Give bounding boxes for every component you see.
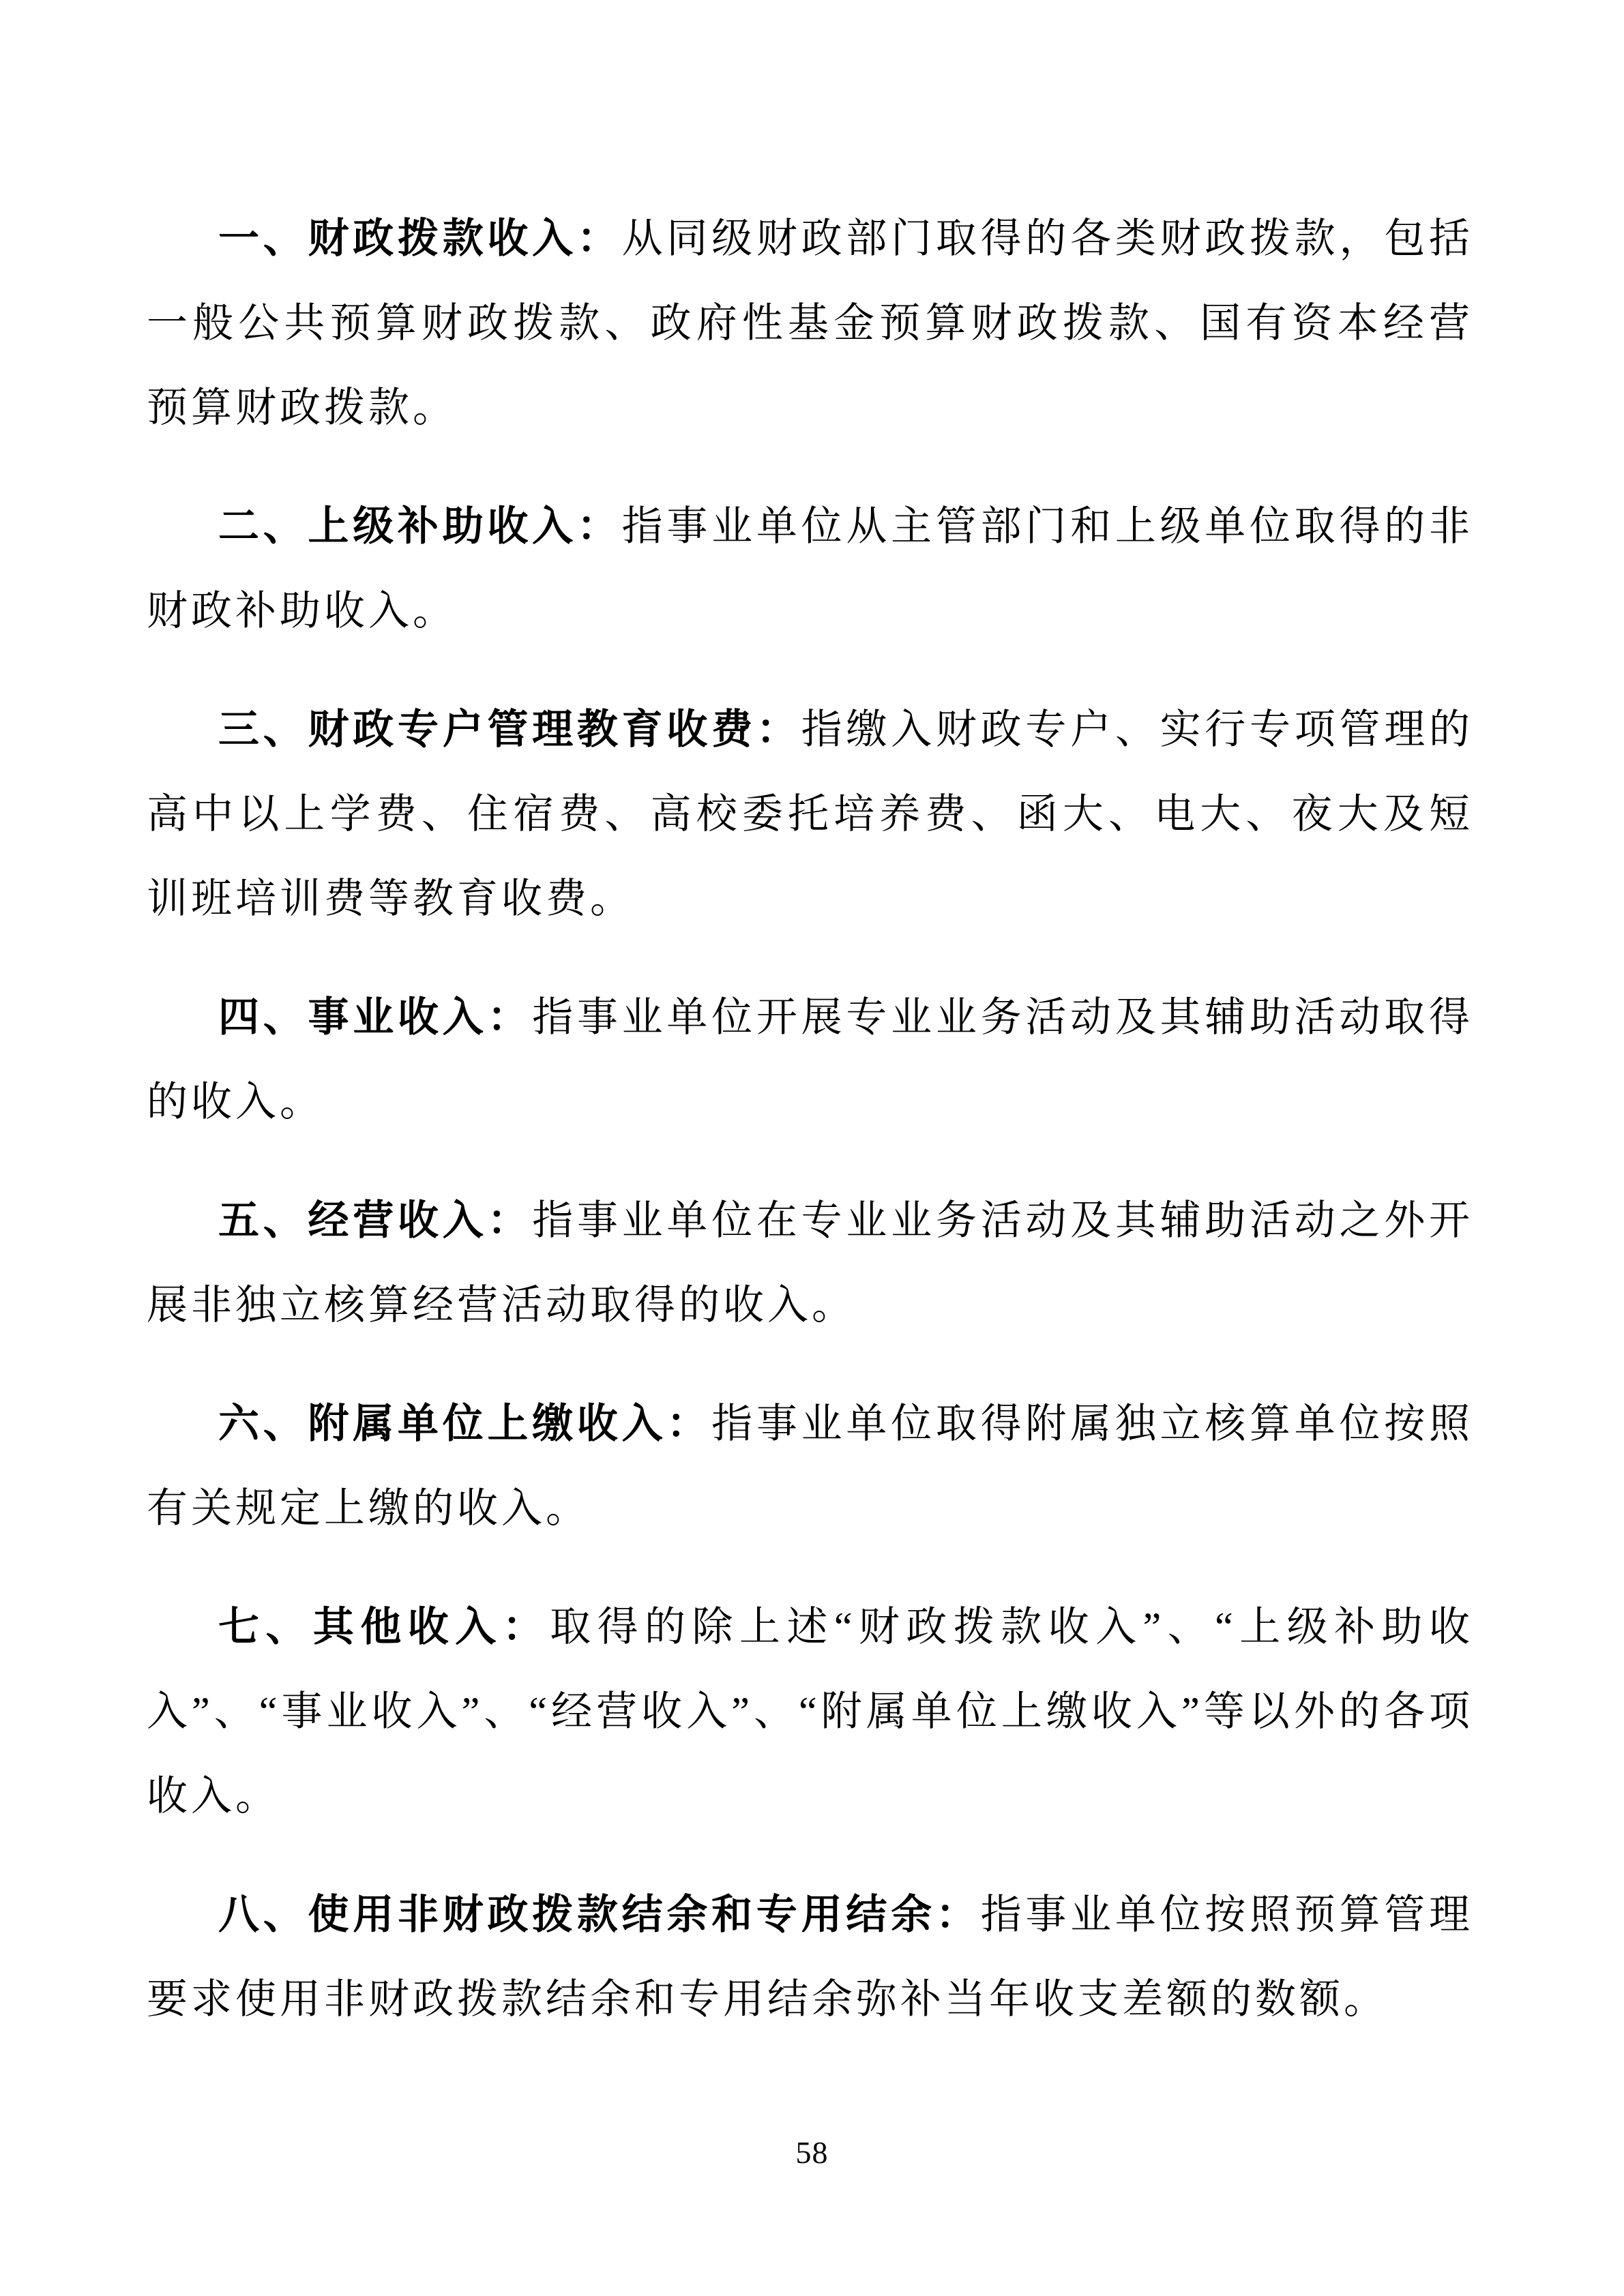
- document-body: 一、财政拨款收入：从同级财政部门取得的各类财政拨款，包括一般公共预算财政拨款、政…: [147, 196, 1473, 2042]
- term-heading: 六、附属单位上缴收入：: [218, 1401, 711, 1446]
- paragraph-affiliated-unit-remittance-income: 六、附属单位上缴收入：指事业单位取得附属独立核算单位按照有关规定上缴的收入。: [147, 1382, 1473, 1551]
- page-number: 58: [0, 2136, 1624, 2170]
- paragraph-use-of-non-fiscal-surplus: 八、使用非财政拨款结余和专用结余：指事业单位按照预算管理要求使用非财政拨款结余和…: [147, 1873, 1473, 2042]
- paragraph-fiscal-appropriation-income: 一、财政拨款收入：从同级财政部门取得的各类财政拨款，包括一般公共预算财政拨款、政…: [147, 196, 1473, 450]
- document-page: 一、财政拨款收入：从同级财政部门取得的各类财政拨款，包括一般公共预算财政拨款、政…: [0, 0, 1624, 2296]
- term-heading: 三、财政专户管理教育收费：: [218, 707, 801, 752]
- paragraph-superior-subsidy-income: 二、上级补助收入：指事业单位从主管部门和上级单位取得的非财政补助收入。: [147, 484, 1473, 653]
- term-heading: 二、上级补助收入：: [218, 504, 622, 549]
- term-heading: 一、财政拨款收入：: [218, 216, 622, 261]
- term-heading: 五、经营收入：: [218, 1198, 532, 1243]
- term-heading: 八、使用非财政拨款结余和专用结余：: [218, 1892, 981, 1937]
- paragraph-special-account-education-fees: 三、财政专户管理教育收费：指缴入财政专户、实行专项管理的高中以上学费、住宿费、高…: [147, 687, 1473, 941]
- term-heading: 七、其他收入：: [218, 1605, 550, 1650]
- paragraph-institutional-income: 四、事业收入：指事业单位开展专业业务活动及其辅助活动取得的收入。: [147, 975, 1473, 1144]
- term-heading: 四、事业收入：: [218, 995, 532, 1040]
- paragraph-operating-income: 五、经营收入：指事业单位在专业业务活动及其辅助活动之外开展非独立核算经营活动取得…: [147, 1178, 1473, 1347]
- paragraph-other-income: 七、其他收入：取得的除上述“财政拨款收入”、“上级补助收入”、“事业收入”、“经…: [147, 1585, 1473, 1838]
